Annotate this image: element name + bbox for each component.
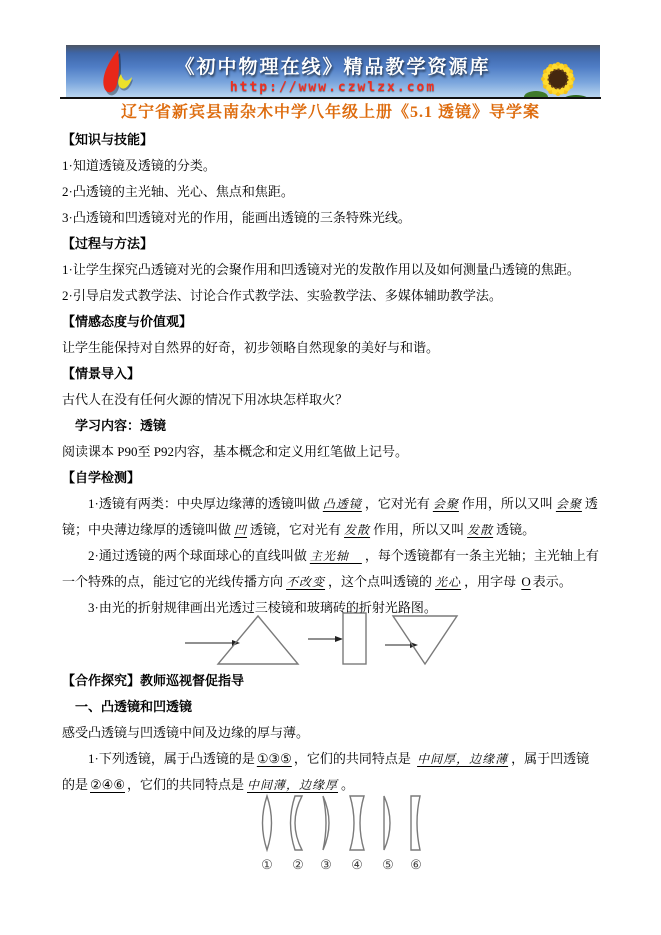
blank-answer: 光心: [432, 575, 464, 589]
text-segment: ，这个点叫透镜的: [328, 574, 432, 589]
convex-meniscus-lens-icon: [323, 796, 329, 850]
text-segment: 【知识与技能】: [62, 132, 153, 147]
paragraph: 1·知道透镜及透镜的分类。: [62, 153, 602, 179]
text-segment: 透镜。: [496, 522, 535, 537]
text-segment: 2·通过透镜的两个球面球心的直线叫做: [88, 548, 307, 563]
text-segment: 2·引导启发式教学法、讨论合作式教学法、实验教学法、多媒体辅助教学法。: [62, 288, 502, 303]
text-segment: 古代人在没有任何火源的情况下用冰块怎样取火？: [62, 392, 348, 407]
text-segment: 学习内容：透镜: [75, 418, 166, 433]
paragraph: 古代人在没有任何火源的情况下用冰块怎样取火？: [62, 387, 602, 413]
sunflower-icon: [512, 45, 598, 97]
section-heading: 学习内容：透镜: [62, 413, 602, 439]
paragraph: 1·下列透镜，属于凸透镜的是①③⑤，它们的共同特点是 中间厚，边缘薄，属于凹透镜…: [62, 746, 602, 798]
glass-brick-icon: [343, 613, 366, 664]
plano-convex-lens-icon: [384, 796, 390, 850]
lens-number-label: ④: [351, 857, 363, 872]
text-segment: 。: [341, 777, 354, 792]
site-banner[interactable]: 《初中物理在线》精品教学资源库 http://www.czwlzx.com: [66, 45, 600, 97]
text-segment: 阅读课本 P90至 P92内容，基本概念和定义用红笔做上记号。: [62, 444, 408, 459]
text-segment: 1·让学生探究凸透镜对光的会聚作用和凹透镜对光的发散作用以及如何测量凸透镜的焦距…: [62, 262, 580, 277]
section-heading: 【合作探究】教师巡视督促指导: [62, 668, 602, 694]
document-page: 《初中物理在线》精品教学资源库 http://www.czwlzx.com: [0, 0, 661, 935]
blank-answer: 发散: [464, 523, 496, 537]
text-segment: 【自学检测】: [62, 470, 140, 485]
lens-number-label: ⑥: [410, 857, 422, 872]
text-segment: 表示。: [533, 574, 572, 589]
text-segment: 感受凸透镜与凹透镜中间及边缘的厚与薄。: [62, 725, 309, 740]
section-heading: 【情感态度与价值观】: [62, 309, 602, 335]
section-heading: 一、凸透镜和凹透镜: [62, 694, 602, 720]
content-section-lower: 【合作探究】教师巡视督促指导一、凸透镜和凹透镜感受凸透镜与凹透镜中间及边缘的厚与…: [62, 668, 602, 798]
paragraph: 2·凸透镜的主光轴、光心、焦点和焦距。: [62, 179, 602, 205]
section-heading: 【自学检测】: [62, 465, 602, 491]
refraction-figure: [182, 610, 472, 675]
inverted-prism-icon: [393, 616, 457, 664]
plano-concave-lens-icon: [411, 796, 420, 850]
text-segment: 2·凸透镜的主光轴、光心、焦点和焦距。: [62, 184, 294, 199]
text-segment: 透镜，它对光有: [250, 522, 341, 537]
lens-number-label: ②: [292, 857, 304, 872]
blank-answer: 凸透镜: [320, 497, 365, 511]
text-segment: ，用字母: [464, 574, 519, 589]
blank-answer: 中间薄，边缘厚: [244, 778, 341, 792]
blank-answer: 不改变: [283, 575, 328, 589]
text-segment: 【情感态度与价值观】: [62, 314, 192, 329]
text-segment: 3·凸透镜和凹透镜对光的作用，能画出透镜的三条特殊光线。: [62, 210, 411, 225]
blank-answer: 中间厚，边缘薄: [414, 752, 511, 766]
section-heading: 【过程与方法】: [62, 231, 602, 257]
lens-number-label: ①: [261, 857, 273, 872]
lens-figure: ① ② ③ ④ ⑤ ⑥: [255, 793, 435, 884]
concave-meniscus-lens-icon: [291, 796, 303, 850]
paragraph: 阅读课本 P90至 P92内容，基本概念和定义用红笔做上记号。: [62, 439, 602, 465]
paragraph: 2·引导启发式教学法、讨论合作式教学法、实验教学法、多媒体辅助教学法。: [62, 283, 602, 309]
section-heading: 【知识与技能】: [62, 127, 602, 153]
section-heading: 【情景导入】: [62, 361, 602, 387]
text-segment: ，它对光有: [365, 496, 430, 511]
paragraph: 1·透镜有两类：中央厚边缘薄的透镜叫做凸透镜，它对光有会聚作用，所以又叫会聚透镜…: [62, 491, 602, 543]
text-segment: 1·下列透镜，属于凸透镜的是: [88, 751, 255, 766]
biconvex-lens-icon: [263, 796, 272, 850]
paragraph: 2·通过透镜的两个球面球心的直线叫做主光轴 ，每个透镜都有一条主光轴；主光轴上有…: [62, 543, 602, 595]
text-segment: 【情景导入】: [62, 366, 140, 381]
blank-answer: ①③⑤: [255, 751, 294, 766]
text-segment: ，它们的共同特点是: [127, 777, 244, 792]
blank-answer: ②④⑥: [88, 777, 127, 792]
text-segment: 【过程与方法】: [62, 236, 153, 251]
blank-answer: 会聚: [430, 497, 462, 511]
document-title: 辽宁省新宾县南杂木中学八年级上册《5.1 透镜》导学案: [0, 99, 661, 122]
paragraph: 让学生能保持对自然界的好奇，初步领略自然现象的美好与和谐。: [62, 335, 602, 361]
blank-answer: 凹: [231, 523, 250, 537]
lens-number-label: ⑤: [382, 857, 394, 872]
text-segment: 【合作探究】教师巡视督促指导: [62, 673, 244, 688]
blank-answer: O: [519, 574, 532, 589]
text-segment: 一、凸透镜和凹透镜: [75, 699, 192, 714]
text-segment: 1·知道透镜及透镜的分类。: [62, 158, 216, 173]
biconcave-lens-icon: [350, 796, 364, 850]
text-segment: 作用，所以又叫: [462, 496, 553, 511]
paragraph: 3·凸透镜和凹透镜对光的作用，能画出透镜的三条特殊光线。: [62, 205, 602, 231]
blank-answer: 会聚: [553, 497, 585, 511]
paragraph: 感受凸透镜与凹透镜中间及边缘的厚与薄。: [62, 720, 602, 746]
text-segment: ，它们的共同特点是: [294, 751, 414, 766]
blank-answer: 主光轴: [307, 549, 365, 563]
text-segment: 1·透镜有两类：中央厚边缘薄的透镜叫做: [88, 496, 320, 511]
content-section-upper: 【知识与技能】1·知道透镜及透镜的分类。2·凸透镜的主光轴、光心、焦点和焦距。3…: [62, 127, 602, 621]
text-segment: 作用，所以又叫: [373, 522, 464, 537]
lens-number-label: ③: [320, 857, 332, 872]
blank-answer: 发散: [341, 523, 373, 537]
text-segment: 让学生能保持对自然界的好奇，初步领略自然现象的美好与和谐。: [62, 340, 439, 355]
paragraph: 1·让学生探究凸透镜对光的会聚作用和凹透镜对光的发散作用以及如何测量凸透镜的焦距…: [62, 257, 602, 283]
prism-triangle-icon: [218, 616, 298, 664]
